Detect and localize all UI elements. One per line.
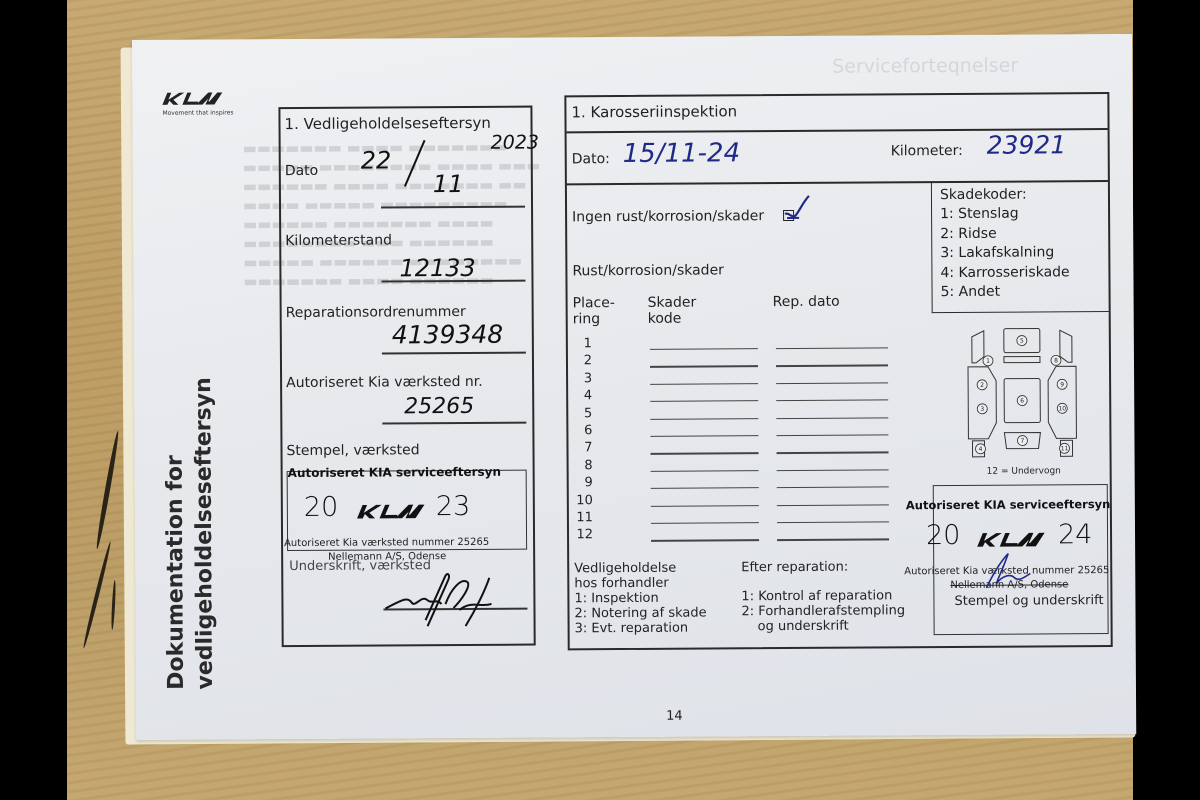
row-number: 8: [567, 459, 593, 472]
body-inspection-form: 1. Karosseriinspektion Dato: 15/11-24 Ki…: [564, 92, 1112, 650]
stamp-title: Autoriseret KIA serviceeftersyn: [288, 465, 501, 480]
row-number: 4: [566, 389, 592, 402]
damage-code-field-11[interactable]: [651, 522, 759, 524]
damage-codes-list: 1: Stenslag2: Ridse3: Lakafskalning4: Ka…: [940, 204, 1070, 302]
row-number: 5: [566, 407, 592, 420]
after-repair-title: Efter reparation:: [741, 559, 905, 575]
row-number: 3: [566, 372, 592, 385]
stamp-label: Stempel, værksted: [286, 442, 419, 459]
date-day-handwritten: 22: [361, 146, 392, 174]
maintenance-title: 1. Vedligeholdelseseftersyn: [284, 114, 490, 133]
damage-code-item: 4: Karrosseriskade: [940, 263, 1069, 283]
booklet-page: Serviceforteqnelser ▬▬▬▬▬▬▬ ▬▬▬▬ ▬▬▬▬▬▬▬…: [132, 34, 1136, 740]
stamp-year-prefix: 20: [304, 492, 339, 523]
date-label: Dato: [285, 163, 319, 179]
dealer-maintenance-item: 3: Evt. reparation: [575, 621, 707, 637]
kilometer-label: Kilometer:: [891, 143, 963, 159]
damage-code-field-8[interactable]: [651, 470, 759, 472]
inspection-date-label: Dato:: [572, 151, 610, 167]
wood-crack: [95, 430, 121, 549]
wood-crack: [111, 580, 117, 630]
stamp-year-suffix: 24: [1058, 519, 1093, 550]
damage-code-field-7[interactable]: [651, 453, 759, 455]
stamp-kia-logo-icon: [974, 529, 1050, 547]
dealer-maintenance-notes: Vedligeholdelse hos forhandler 1: Inspek…: [574, 561, 707, 637]
maintenance-form: 1. Vedligeholdelseseftersyn Dato 22 2023…: [278, 106, 535, 648]
row-number: 12: [567, 529, 593, 542]
wood-crack: [82, 541, 112, 649]
after-repair-item: 1: Kontrol af reparation: [741, 588, 905, 604]
damage-code-field-9[interactable]: [651, 487, 759, 489]
damage-code-header-line1: Skader: [648, 295, 697, 311]
damage-code-header-line2: kode: [648, 311, 697, 327]
dealer-maintenance-item: 2: Notering af skade: [574, 606, 706, 622]
damage-code-field-4[interactable]: [650, 400, 758, 402]
black-border-right: [1133, 0, 1200, 800]
workshop-number-underline: [382, 422, 526, 424]
date-slash-mark: [401, 138, 431, 188]
svg-text:3: 3: [980, 406, 984, 413]
odometer-label: Kilometerstand: [285, 232, 392, 249]
side-title: Dokumentation for vedligeholdelsesefters…: [160, 377, 220, 690]
placement-header-line2: ring: [573, 311, 615, 327]
inspector-signature: [984, 551, 1034, 591]
repair-date-field-5[interactable]: [776, 417, 888, 419]
after-repair-notes: Efter reparation: 1: Kontrol af reparati…: [741, 559, 905, 634]
placement-column-header: Place- ring: [573, 295, 615, 327]
damage-code-item: 5: Andet: [940, 282, 1069, 302]
damage-code-field-12[interactable]: [651, 540, 759, 542]
damage-code-field-3[interactable]: [650, 383, 758, 385]
checkmark-icon: [781, 194, 811, 224]
repair-date-field-11[interactable]: [777, 521, 889, 523]
damage-code-field-10[interactable]: [651, 505, 759, 507]
no-damage-label: Ingen rust/korrosion/skader: [572, 208, 764, 225]
after-repair-items: 1: Kontrol af reparation2: Forhandlerafs…: [741, 588, 905, 634]
damage-codes-panel: Skadekoder: 1: Stenslag2: Ridse3: Lakafs…: [931, 180, 1109, 313]
row-number: 7: [566, 442, 592, 455]
inspection-date-handwritten: 15/11-24: [623, 138, 741, 169]
stamp-year-prefix: 20: [926, 520, 961, 551]
date-year-handwritten: 2023: [491, 132, 539, 154]
repair-order-label: Reparationsordrenummer: [286, 304, 466, 321]
repair-date-field-9[interactable]: [777, 487, 889, 489]
damage-code-item: 3: Lakafskalning: [940, 243, 1069, 263]
repair-date-field-2[interactable]: [776, 365, 888, 367]
row-number: 2: [566, 355, 592, 368]
damage-code-field-6[interactable]: [650, 435, 758, 437]
svg-text:1: 1: [986, 358, 990, 365]
damage-code-field-2[interactable]: [650, 366, 758, 368]
damage-code-column-header: Skader kode: [648, 295, 697, 327]
stamp-workshop-line: Autoriseret Kia værksted nummer 25265: [284, 537, 489, 549]
svg-text:9: 9: [1060, 381, 1064, 388]
dealer-maintenance-line1: Vedligeholdelse: [574, 561, 706, 577]
damage-code-item: 2: Ridse: [940, 224, 1069, 244]
stamp-caption: Stempel og underskrift: [954, 593, 1103, 609]
service-stamp-2024: Autoriseret KIA serviceeftersyn 20 24 Au…: [933, 484, 1109, 635]
black-border-left: [0, 0, 67, 800]
svg-text:10: 10: [1058, 405, 1066, 412]
date-underline: [381, 206, 525, 208]
row-number: 9: [567, 476, 593, 489]
repair-date-column-header: Rep. dato: [773, 294, 840, 310]
after-repair-item: og underskrift: [742, 618, 906, 634]
damage-code-item: 1: Stenslag: [940, 204, 1069, 224]
inspection-title: 1. Karosseriinspektion: [571, 102, 737, 121]
damage-label: Rust/korrosion/skader: [572, 262, 724, 279]
damage-code-field-5[interactable]: [650, 418, 758, 420]
kia-logo-icon: [162, 89, 224, 105]
service-stamp-2023: Autoriseret KIA serviceeftersyn 20 23 Au…: [287, 470, 527, 551]
repair-date-field-3[interactable]: [776, 382, 888, 384]
after-repair-item: 2: Forhandlerafstempling: [741, 603, 905, 619]
svg-text:8: 8: [1054, 357, 1058, 364]
odometer-handwritten: 12133: [399, 254, 476, 282]
row-number: 10: [567, 494, 593, 507]
svg-text:6: 6: [1020, 398, 1024, 405]
repair-date-field-1[interactable]: [776, 347, 888, 349]
repair-date-field-7[interactable]: [777, 452, 889, 454]
svg-text:11: 11: [1061, 445, 1069, 452]
repair-date-field-6[interactable]: [776, 434, 888, 436]
date-month-handwritten: 11: [433, 170, 464, 198]
workshop-signature: [381, 570, 521, 641]
workshop-number-label: Autoriseret Kia værksted nr.: [286, 374, 483, 391]
svg-text:5: 5: [1020, 338, 1024, 345]
stamp-kia-logo-icon: [354, 501, 430, 519]
workshop-number-handwritten: 25265: [404, 394, 474, 419]
damage-code-field-1[interactable]: [650, 348, 758, 350]
repair-order-handwritten: 4139348: [392, 320, 504, 350]
ghost-heading: Serviceforteqnelser: [832, 57, 1018, 77]
svg-text:2: 2: [980, 382, 984, 389]
stamp-year-suffix: 23: [436, 491, 471, 522]
page-number: 14: [666, 709, 683, 724]
repair-date-field-12[interactable]: [777, 539, 889, 541]
repair-order-underline: [382, 352, 526, 354]
car-body-diagram-icon: 1234567891011: [966, 322, 1079, 463]
dealer-maintenance-items: 1: Inspektion2: Notering af skade3: Evt.…: [574, 591, 706, 637]
kia-tagline: Movement that inspires: [162, 109, 233, 116]
dealer-maintenance-item: 1: Inspektion: [574, 591, 706, 607]
dealer-maintenance-line2: hos forhandler: [574, 576, 706, 592]
diagram-caption: 12 = Undervogn: [987, 466, 1061, 476]
stamp-title: Autoriseret KIA serviceeftersyn: [906, 497, 1111, 512]
row-number: 6: [566, 424, 592, 437]
row-number: 1: [566, 337, 592, 350]
side-title-line2: vedligeholdelseseftersyn: [189, 377, 220, 689]
placement-header-line1: Place-: [573, 295, 615, 311]
damage-codes-title: Skadekoder:: [940, 187, 1027, 204]
repair-date-field-8[interactable]: [777, 469, 889, 471]
repair-date-field-10[interactable]: [777, 504, 889, 506]
side-title-line1: Dokumentation for: [160, 377, 191, 689]
svg-text:7: 7: [1021, 438, 1025, 445]
damage-rows: 123456789101112: [566, 94, 1107, 97]
row-number: 11: [567, 511, 593, 524]
kilometer-handwritten: 23921: [987, 130, 1067, 159]
svg-text:4: 4: [979, 446, 983, 453]
repair-date-field-4[interactable]: [776, 400, 888, 402]
